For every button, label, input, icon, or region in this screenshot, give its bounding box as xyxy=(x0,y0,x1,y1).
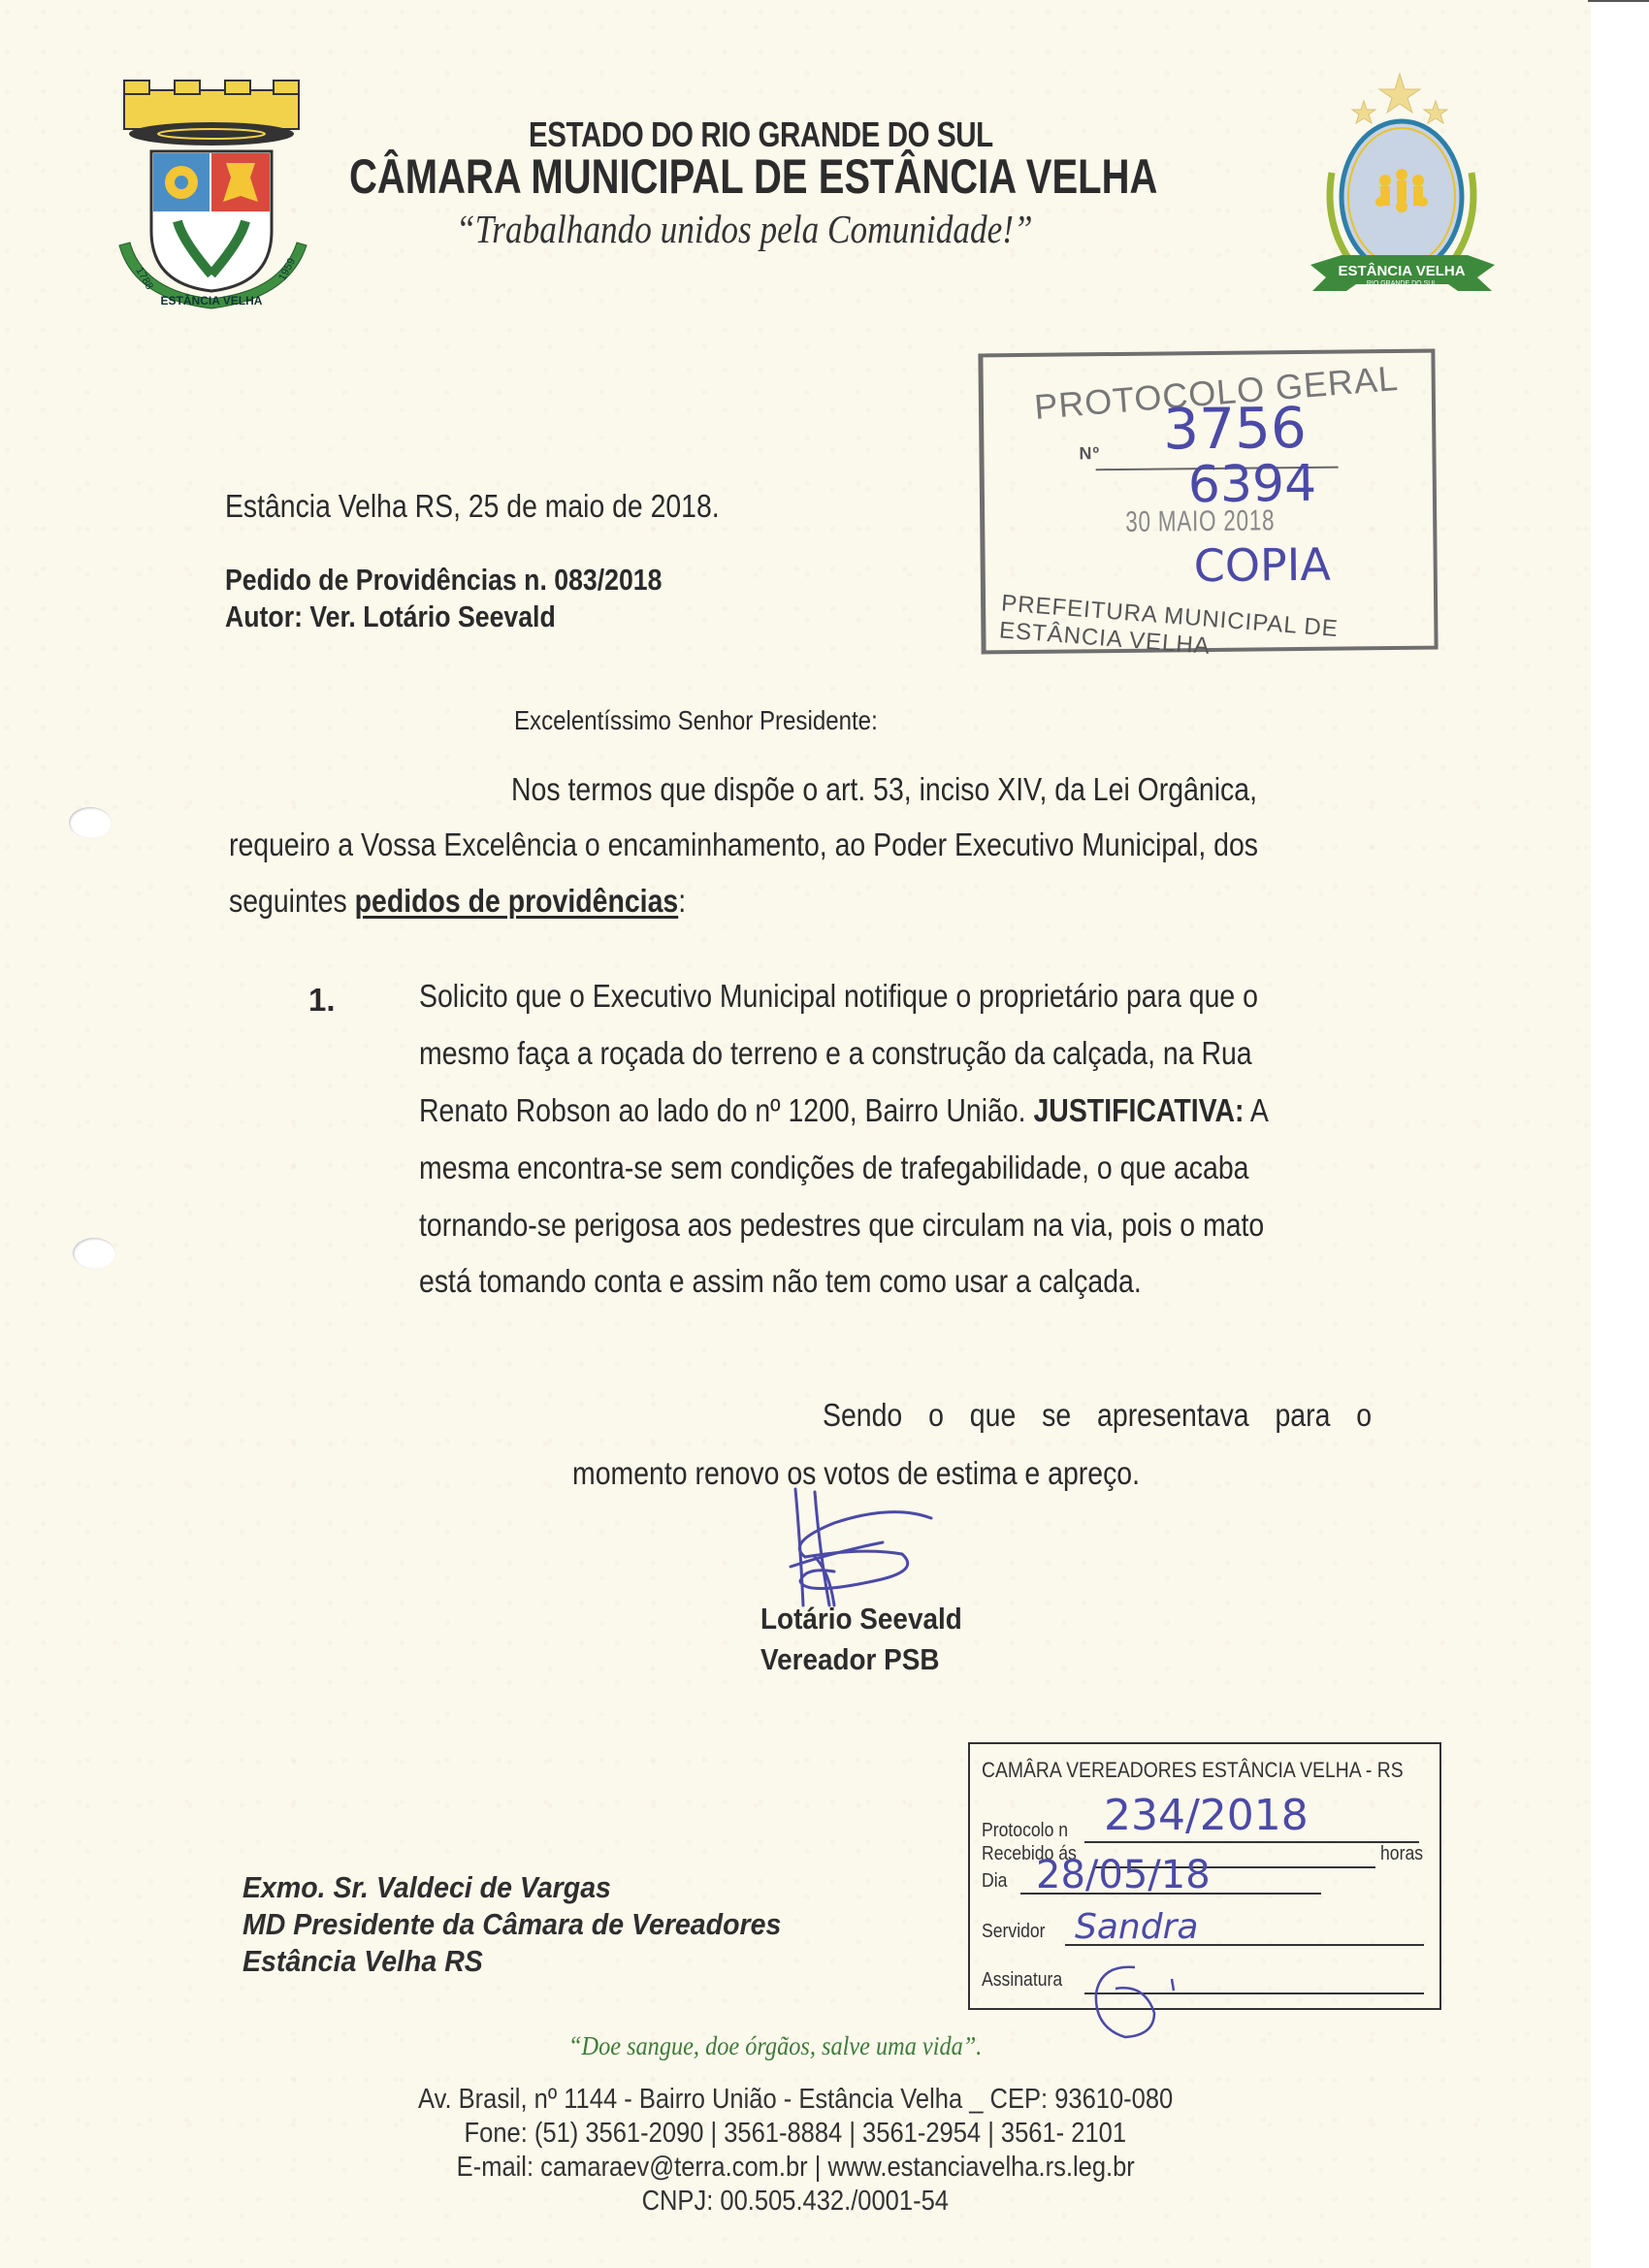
handwritten-server-value: Sandra xyxy=(1075,1907,1198,1947)
svg-text:RIO GRANDE DO SUL: RIO GRANDE DO SUL xyxy=(1367,280,1437,287)
item-line: mesma encontra-se sem condições de trafe… xyxy=(419,1150,1381,1186)
handwritten-copy-note: COPIA xyxy=(1193,538,1331,592)
receipt-stamp-title: CAMÂRA VEREADORES ESTÂNCIA VELHA - RS xyxy=(982,1758,1461,1783)
handwritten-protocol-number: 3756 xyxy=(1163,395,1307,463)
stamp-date: 30 MAIO 2018 xyxy=(1125,504,1275,539)
salutation: Excelentíssimo Senhor Presidente: xyxy=(514,705,937,736)
scan-edge-line xyxy=(1588,0,1649,2)
emphasis-pedidos: pedidos de providências xyxy=(355,883,679,919)
svg-text:1959: 1959 xyxy=(276,256,298,282)
intro-line-last: seguintes pedidos de providências: xyxy=(229,883,760,920)
intro-line: requeiro a Vossa Excelência o encaminham… xyxy=(229,826,1423,863)
protocol-line xyxy=(1084,1841,1419,1843)
server-label: Servidor xyxy=(982,1921,1053,1943)
protocol-stamp: PROTOCOLO GERAL Nº 3756 6394 30 MAIO 201… xyxy=(978,349,1438,655)
justificativa-label: JUSTIFICATIVA: xyxy=(1033,1092,1244,1128)
request-author: Autor: Ver. Lotário Seevald xyxy=(225,599,609,634)
svg-text:ESTÂNCIA VELHA: ESTÂNCIA VELHA xyxy=(1338,262,1465,279)
item-line: Solicito que o Executivo Municipal notif… xyxy=(419,978,1392,1015)
recipient-city: Estância Velha RS xyxy=(242,1944,503,1979)
item-line: tornando-se perigosa aos pedestres que c… xyxy=(419,1207,1400,1244)
footer-address: Av. Brasil, nº 1144 - Bairro União - Est… xyxy=(0,2084,1591,2116)
stamp-number-label: Nº xyxy=(1079,443,1100,464)
institution-name: CÂMARA MUNICIPAL DE ESTÂNCIA VELHA xyxy=(349,148,1360,205)
signer-role: Vereador PSB xyxy=(760,1642,959,1677)
signature-scribble xyxy=(776,1484,951,1610)
hole-punch xyxy=(69,807,112,838)
signer-name: Lotário Seevald xyxy=(760,1602,985,1636)
campaign-slogan: “Doe sangue, doe órgãos, salve uma vida”… xyxy=(568,2031,1028,2061)
intro-line: Nos termos que dispõe o art. 53, inciso … xyxy=(511,771,1376,808)
closing-line: Sendo o que se apresentava para o xyxy=(823,1397,1460,1434)
item-line: Renato Robson ao lado do nº 1200, Bairro… xyxy=(419,1092,1405,1129)
request-reference: Pedido de Providências n. 083/2018 xyxy=(225,563,733,598)
day-label: Dia xyxy=(982,1870,1011,1893)
place-date: Estância Velha RS, 25 de maio de 2018. xyxy=(225,488,800,525)
recipient-name: Exmo. Sr. Valdeci de Vargas xyxy=(242,1870,643,1905)
handwritten-protocol-value: 234/2018 xyxy=(1104,1791,1309,1840)
footer-cnpj: CNPJ: 00.505.432./0001-54 xyxy=(0,2186,1591,2218)
motto: “Trabalhando unidos pela Comunidade!” xyxy=(456,206,1126,252)
recipient-title: MD Presidente da Câmara de Vereadores xyxy=(242,1907,828,1942)
svg-text:ESTÂNCIA VELHA: ESTÂNCIA VELHA xyxy=(161,293,263,308)
protocol-label: Protocolo n xyxy=(982,1820,1080,1842)
hole-punch xyxy=(73,1238,115,1269)
item-line: mesmo faça a roçada do terreno e a const… xyxy=(419,1035,1385,1072)
footer-contact: E-mail: camaraev@terra.com.br | www.esta… xyxy=(0,2152,1591,2184)
handwritten-day-value: 28/05/18 xyxy=(1036,1853,1211,1897)
receipt-signature-scribble xyxy=(1086,1960,1193,2047)
receipt-stamp: CAMÂRA VEREADORES ESTÂNCIA VELHA - RS Pr… xyxy=(968,1742,1441,2010)
municipal-coat-of-arms-icon: ESTÂNCIA VELHA 1788 1959 xyxy=(114,76,313,318)
footer-phones: Fone: (51) 3561-2090 | 3561-8884 | 3561-… xyxy=(0,2118,1591,2150)
hours-label: horas xyxy=(1380,1843,1429,1865)
item-number: 1. xyxy=(308,982,336,1019)
item-line-last: está tomando conta e assim não tem como … xyxy=(419,1263,1257,1300)
svg-text:1788: 1788 xyxy=(133,266,155,292)
signature-label: Assinatura xyxy=(982,1969,1074,1992)
